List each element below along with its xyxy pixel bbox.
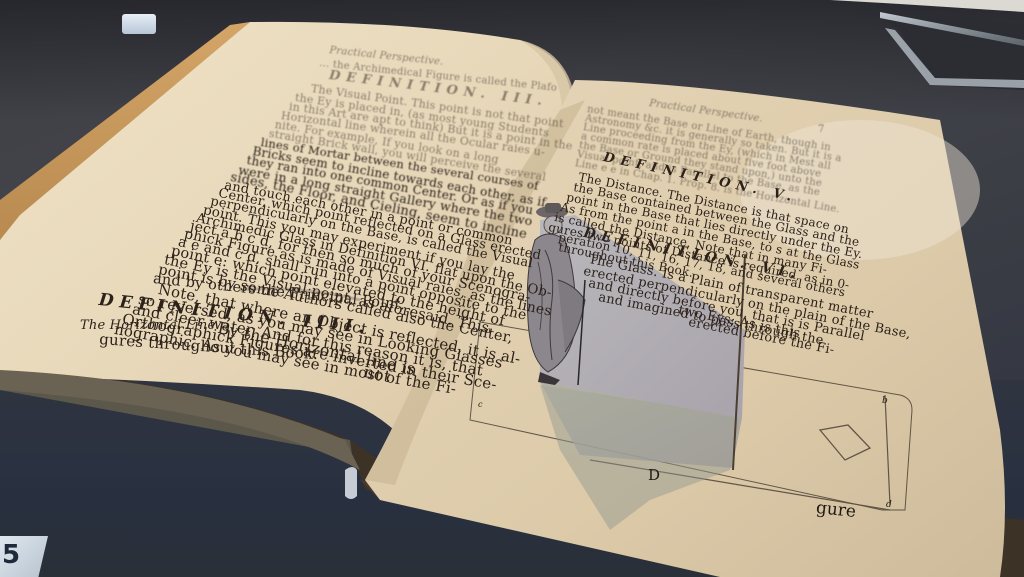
exhibit-label-number: 5 <box>2 540 20 570</box>
acrylic-stand <box>830 0 1024 90</box>
figure-letter-b: b <box>882 396 888 406</box>
page-number: 7 <box>818 124 825 135</box>
photo-scene: Practical Perspective. ... the Archimedi… <box>0 0 1024 577</box>
figure-letter-a: a <box>486 326 491 335</box>
figure-caption-fragment: gure <box>815 498 857 522</box>
figure-letter-d-upper: D <box>648 466 660 484</box>
margin-note-horizontal-line: The Horizontal Line. <box>80 318 220 333</box>
figure-letter-d: d <box>886 500 892 510</box>
figure-letter-c: c <box>478 400 482 409</box>
